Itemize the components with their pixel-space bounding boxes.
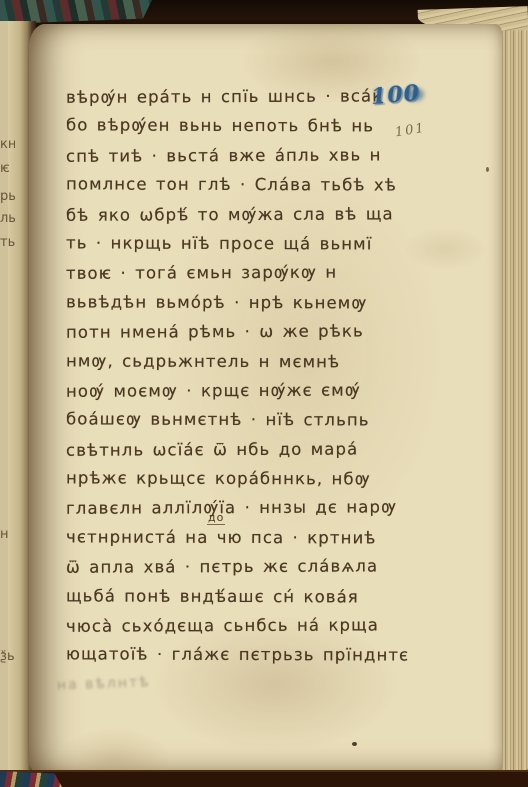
- ink-speck: [486, 167, 489, 172]
- endband-threads: [0, 771, 62, 787]
- margin-fragment: ѯь: [0, 649, 15, 664]
- manuscript-line: ть · нкрщь нїѣ просе ща́ вьнмї: [66, 228, 426, 259]
- manuscript-line: потн нмена́ рѣмь · ѡ же рѣкь: [66, 316, 426, 347]
- stamp-ink-smudge: [408, 88, 424, 101]
- manuscript-line: щьба́ понѣ вндѣ́ашє сн́ кова́я: [66, 581, 426, 612]
- margin-fragment: ль: [0, 211, 15, 226]
- manuscript-line: чєтнрниста́ на чю пса · кртниѣ: [66, 522, 426, 553]
- manuscript-line: главєлн аллїлѹ́їа · ннзы дє нарѹ: [66, 493, 426, 524]
- manuscript-page: вѣрѹ́н ера́ть н спїь шнсь · вса́к бо вѣр…: [29, 24, 502, 774]
- margin-fragment: ть: [0, 235, 15, 250]
- margin-fragment: кн: [0, 137, 15, 152]
- book-bottom-edge: [0, 770, 528, 787]
- interlinear-note: до: [207, 511, 225, 525]
- margin-fragment: н: [0, 527, 15, 542]
- ink-dot: [352, 742, 357, 746]
- manuscript-line: ющатоїѣ · гла́жє пєтрьзь прїнднтє: [66, 640, 426, 671]
- margin-fragment: рь: [0, 189, 15, 204]
- manuscript-line: чюса̀ сьхо́дєща сьнбсь на́ крща: [66, 610, 426, 641]
- manuscript-line: ѿ апла хва́ · пєтрь жє сла́вѧла: [66, 551, 426, 582]
- manuscript-line: бо вѣрѹ́ен вьнь непоть бнѣ нь: [66, 111, 426, 142]
- manuscript-line: твоѥ · тога́ ємьн зарѹ́кѹ н: [66, 258, 426, 289]
- manuscript-line: нрѣжє крьщсє кора́бннкь, нбѹ: [66, 463, 426, 494]
- manuscript-line: нмѹ, сьдрьжнтель н мємнѣ: [66, 346, 426, 377]
- manuscript-line: ноѹ́ моємѹ · крщє нѹ́жє ємѹ́: [66, 375, 426, 406]
- manuscript-line: боа́шєѹ вьнмєтнѣ · нїѣ стльпь: [66, 405, 426, 436]
- manuscript-line: спѣ тиѣ · вьста́ вже а́пль хвь н: [66, 140, 426, 171]
- ink-showthrough: на вѣлнтѣ: [57, 674, 151, 693]
- manuscript-line: бѣ яко ѡбрѣ́ то мѹ́жа сла вѣ ща: [66, 199, 426, 230]
- margin-fragment: ѥ: [0, 161, 15, 176]
- manuscript-line: вьвѣдѣн вьмо́рѣ · нрѣ кьнемѹ: [66, 287, 426, 318]
- text-block: вѣрѹ́н ера́ть н спїь шнсь · вса́к бо вѣр…: [66, 82, 426, 670]
- manuscript-line: свѣтнль ѡсїа́є ѿ нбь до мара́: [66, 434, 426, 465]
- facing-page-text-fragments: кн ѥ рь ль ть н ѯь: [0, 21, 15, 774]
- manuscript-photo: кн ѥ рь ль ть н ѯь вѣрѹ́н ера́ть н спїь …: [0, 0, 528, 787]
- manuscript-line: помлнсе тон глѣ · Сла́ва тьбѣ хѣ: [66, 170, 426, 201]
